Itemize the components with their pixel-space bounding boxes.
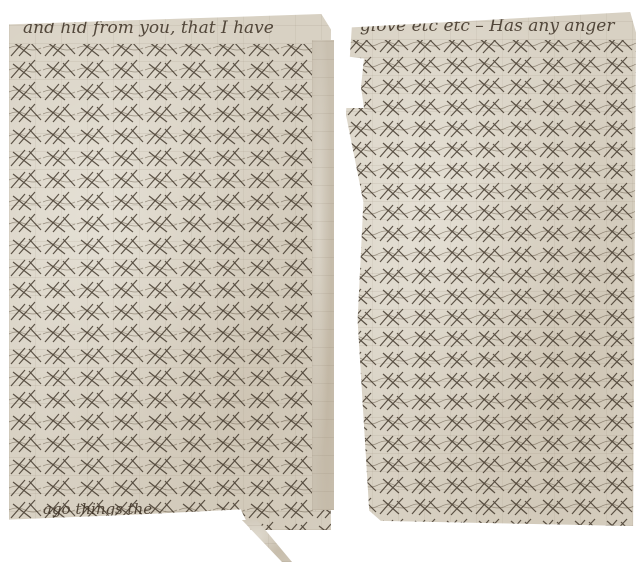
left-page: and hid from you, that I have ago things… — [9, 14, 331, 530]
right-page-top-line: glove etc etc – Has any anger — [360, 16, 615, 36]
left-page-bottom-line: ago things the — [43, 500, 152, 518]
cross-writing-strokes — [9, 14, 331, 530]
tear-hole — [344, 56, 364, 108]
left-page-top-line: and hid from you, that I have — [23, 18, 274, 38]
right-page: glove etc etc – Has any anger — [346, 12, 636, 526]
spine-strip — [312, 40, 334, 510]
cross-writing-strokes — [346, 12, 636, 526]
